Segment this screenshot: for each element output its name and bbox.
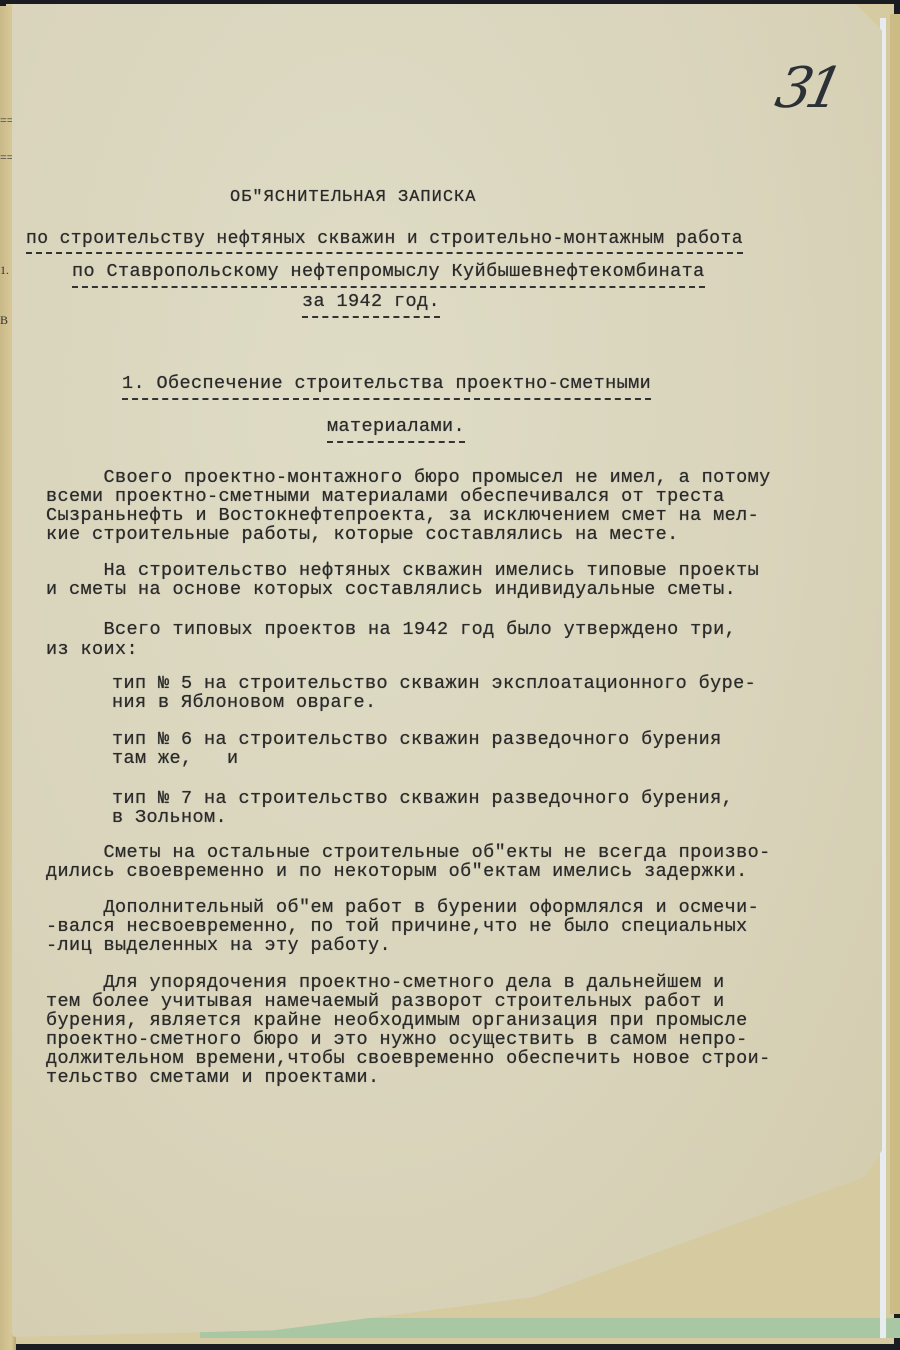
paragraph-line: кие строительные работы, которые составл… — [46, 526, 679, 545]
subtitle-line-3: за 1942 год. — [302, 293, 440, 318]
list-item-line: там же, и — [112, 750, 239, 769]
paragraph-line: должительном времени,чтобы своевременно … — [46, 1050, 771, 1069]
document-title: ОБ"ЯСНИТЕЛЬНАЯ ЗАПИСКА — [230, 189, 476, 206]
paragraph-line: проектно-сметного бюро и это нужно осуще… — [46, 1031, 748, 1050]
list-item-line: в Зольном. — [112, 809, 227, 828]
paragraph-line: Сметы на остальные строительные об"екты … — [46, 844, 771, 863]
paragraph-line: Сызраньнефть и Востокнефтепроекта, за ис… — [46, 507, 759, 526]
paragraph-line: -лиц выделенных на эту работу. — [46, 937, 391, 956]
paragraph-line: и сметы на основе которых составлялись и… — [46, 581, 736, 600]
paragraph-line: -вался несвоевременно, по той причине,чт… — [46, 918, 748, 937]
page-number: 31 — [770, 56, 843, 121]
paragraph-line: Своего проектно-монтажного бюро промысел… — [46, 469, 771, 488]
paragraph-line: Всего типовых проектов на 1942 год было … — [46, 621, 736, 640]
paragraph-line: Для упорядочения проектно-сметного дела … — [46, 974, 725, 993]
section-title-line-1: 1. Обеспечение строительства проектно-см… — [122, 375, 651, 400]
list-item-line: тип № 7 на строительство скважин разведо… — [112, 790, 733, 809]
subtitle-line-2: по Ставропольскому нефтепромыслу Куйбыше… — [72, 263, 705, 288]
list-item-line: ния в Яблоновом овраге. — [112, 694, 377, 713]
document-page: 31 ОБ"ЯСНИТЕЛЬНАЯ ЗАПИСКА по строительст… — [12, 4, 882, 1337]
paragraph-line: дились своевременно и по некоторым об"ек… — [46, 863, 748, 882]
section-title-line-2: материалами. — [327, 418, 465, 443]
paragraph-line: Дополнительный об"ем работ в бурении офо… — [46, 899, 759, 918]
list-item-line: тип № 6 на строительство скважин разведо… — [112, 731, 722, 750]
margin-mark: == — [0, 151, 14, 163]
paragraph-line: На строительство нефтяных скважин имелис… — [46, 562, 759, 581]
margin-mark: 1. — [0, 264, 9, 276]
paragraph-line: всеми проектно-сметными материалами обес… — [46, 488, 725, 507]
folder-right-edge — [890, 14, 900, 1314]
margin-mark: В — [0, 314, 8, 326]
paragraph-line: тем более учитывая намечаемый разворот с… — [46, 993, 725, 1012]
paragraph-line: из коих: — [46, 641, 138, 660]
paragraph-line: тельство сметами и проектами. — [46, 1069, 380, 1088]
paragraph-line: бурения, является крайне необходимым орг… — [46, 1012, 748, 1031]
list-item-line: тип № 5 на строительство скважин эксплоа… — [112, 675, 756, 694]
subtitle-line-1: по строительству нефтяных скважин и стро… — [26, 230, 743, 254]
margin-mark: == — [0, 114, 14, 126]
